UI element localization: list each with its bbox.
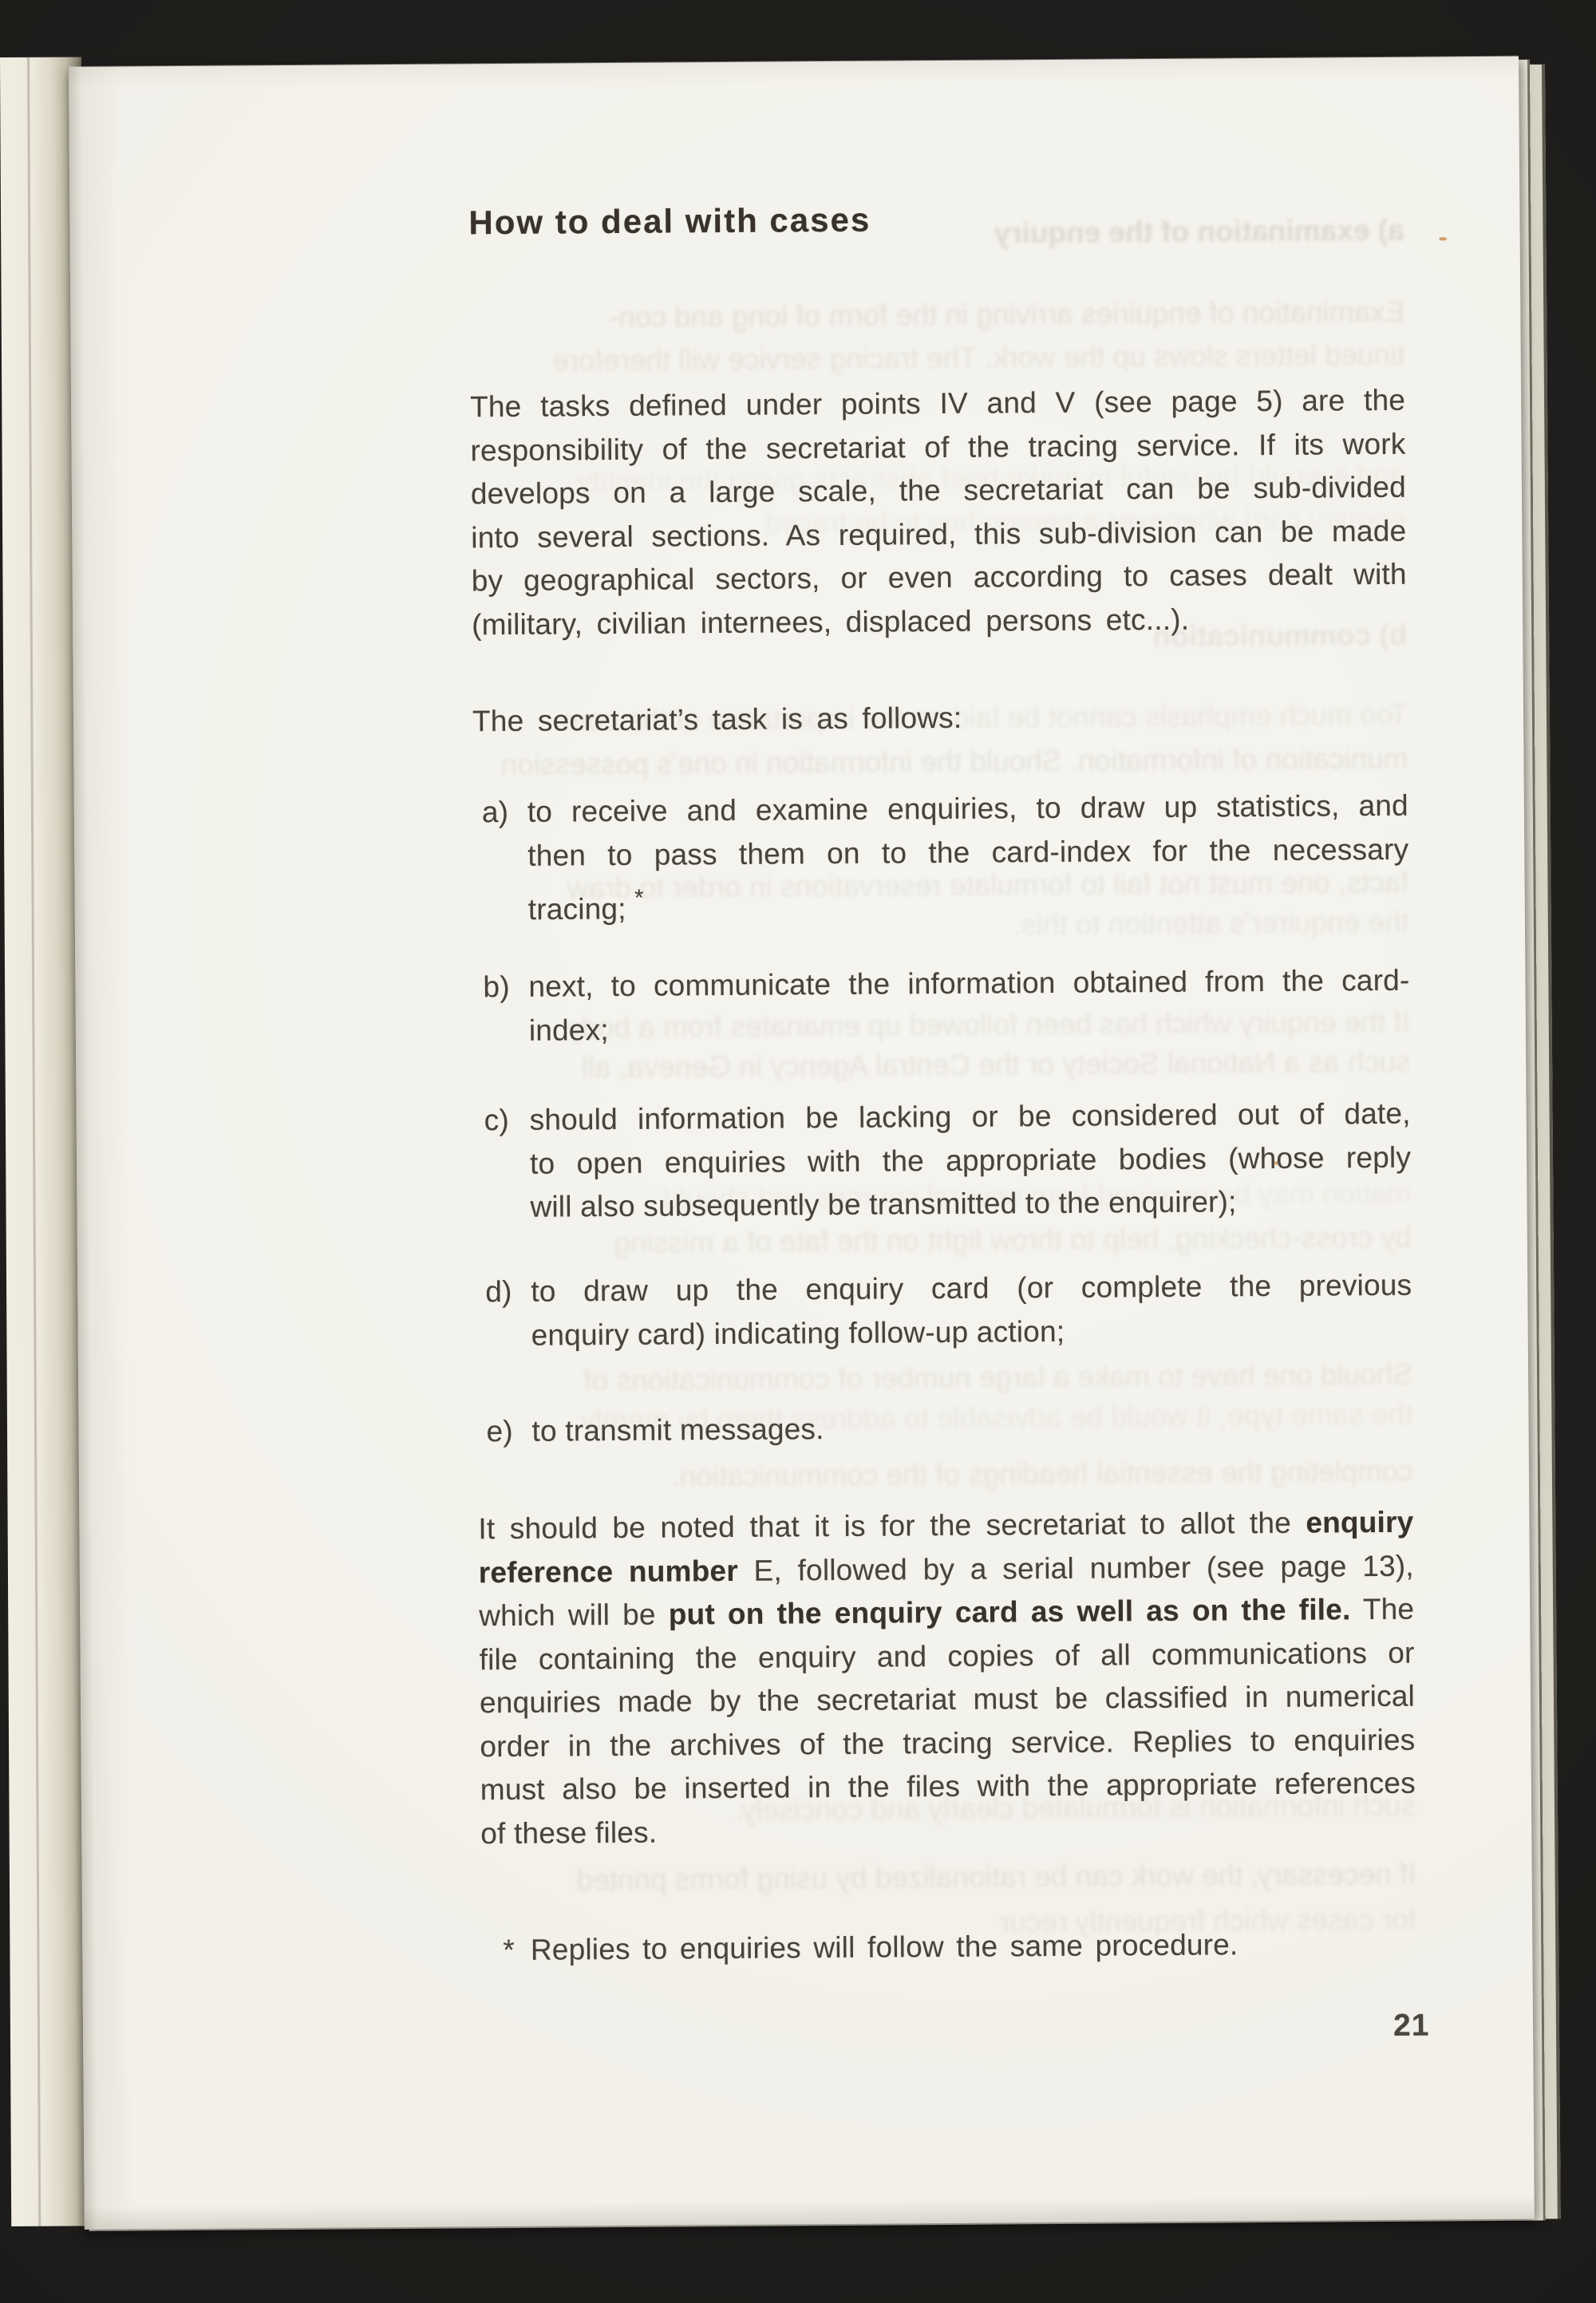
bleedthrough-line: completing the essential headings of the…: [478, 1450, 1413, 1500]
text-line: It should be noted that it is for the se…: [478, 1501, 1413, 1551]
text-line: of these files.: [480, 1805, 1416, 1855]
text-line: to draw up the enquiry card (or complete…: [531, 1264, 1412, 1314]
footnote-marker: *: [503, 1934, 515, 1966]
text-line: by geographical sectors, or even accordi…: [472, 553, 1407, 603]
task-text: should information be lacking or be cons…: [529, 1092, 1411, 1230]
footnote-text: Replies to enquiries will follow the sam…: [531, 1928, 1238, 1965]
text-line: which will be put on the enquiry card as…: [479, 1588, 1414, 1638]
task-item-e: e)to transmit messages.: [477, 1404, 1412, 1454]
text-line: to receive and examine enquiries, to dra…: [527, 784, 1408, 835]
task-label: c): [475, 1099, 530, 1230]
task-item-d: d)to draw up the enquiry card (or comple…: [476, 1264, 1412, 1358]
task-text: to receive and examine enquiries, to dra…: [527, 784, 1409, 932]
text-line: file containing the enquiry and copies o…: [479, 1631, 1414, 1681]
text-line: will also subsequently be transmitted to…: [530, 1179, 1411, 1230]
footnote: *Replies to enquiries will follow the sa…: [503, 1922, 1416, 1973]
tasks-intro: The secretariat’s task is as follows:: [472, 693, 1408, 744]
task-label: b): [474, 966, 529, 1053]
text-line: must also be inserted in the files with …: [480, 1762, 1416, 1812]
book-page: a) examination of the enquiryExamination…: [69, 57, 1535, 2230]
text-line: The tasks defined under points IV and V …: [470, 379, 1405, 429]
bleedthrough-line: munication of information. Should the in…: [472, 737, 1408, 788]
text-line: develops on a large scale, the secretari…: [471, 466, 1406, 516]
page-number: 21: [1393, 2009, 1430, 2044]
page-heading: How to deal with cases: [468, 201, 871, 243]
bleedthrough-line: If necessary, the work can be rationaliz…: [480, 1853, 1416, 1903]
text-line: (military, civilian internees, displaced…: [472, 596, 1407, 646]
task-item-a: a)to receive and examine enquiries, to d…: [473, 784, 1409, 932]
text-line: index;: [529, 1002, 1410, 1053]
task-item-b: b)next, to communicate the information o…: [474, 959, 1410, 1053]
text-line: next, to communicate the information obt…: [528, 959, 1409, 1009]
bleedthrough-line: tinued letters slows up the work. The tr…: [470, 334, 1405, 384]
task-label: a): [473, 791, 528, 932]
task-list: [69, 57, 1519, 67]
paragraph: It should be noted that it is for the se…: [478, 1501, 1416, 1856]
task-item-c: c)should information be lacking or be co…: [475, 1092, 1411, 1230]
task-label: e): [477, 1410, 531, 1454]
text-line: order in the archives of the tracing ser…: [480, 1718, 1415, 1768]
bleedthrough-line: Examination of enquiries arriving in the…: [469, 290, 1404, 341]
text-line: enquiry card) indicating follow-up actio…: [531, 1307, 1412, 1357]
text-line: to open enquiries with the appropriate b…: [530, 1136, 1411, 1186]
text-line: should information be lacking or be cons…: [529, 1092, 1410, 1143]
task-text: to transmit messages.: [531, 1404, 1412, 1454]
paragraph: The tasks defined under points IV and V …: [470, 379, 1407, 647]
scanned-book-photo: a) examination of the enquiryExamination…: [0, 0, 1596, 2303]
text-line: enquiries made by the secretariat must b…: [480, 1675, 1415, 1725]
task-text: next, to communicate the information obt…: [528, 959, 1410, 1053]
text-line: then to pass them on to the card-index f…: [527, 828, 1408, 878]
task-text: to draw up the enquiry card (or complete…: [531, 1264, 1412, 1357]
text-line: to transmit messages.: [531, 1404, 1412, 1454]
scan-artifact: [1440, 237, 1447, 240]
text-line: The secretariat’s task is as follows:: [472, 693, 1408, 744]
text-line: reference number E, followed by a serial…: [479, 1544, 1414, 1594]
task-label: d): [476, 1270, 531, 1357]
bleedthrough-line: Should one have to make a large number o…: [477, 1353, 1412, 1404]
text-line: tracing; *: [527, 871, 1408, 932]
bleedthrough-layer: a) examination of the enquiryExamination…: [69, 57, 1519, 67]
text-line: into several sections. As required, this…: [471, 509, 1406, 559]
text-line: responsibility of the secretariat of the…: [470, 422, 1405, 472]
